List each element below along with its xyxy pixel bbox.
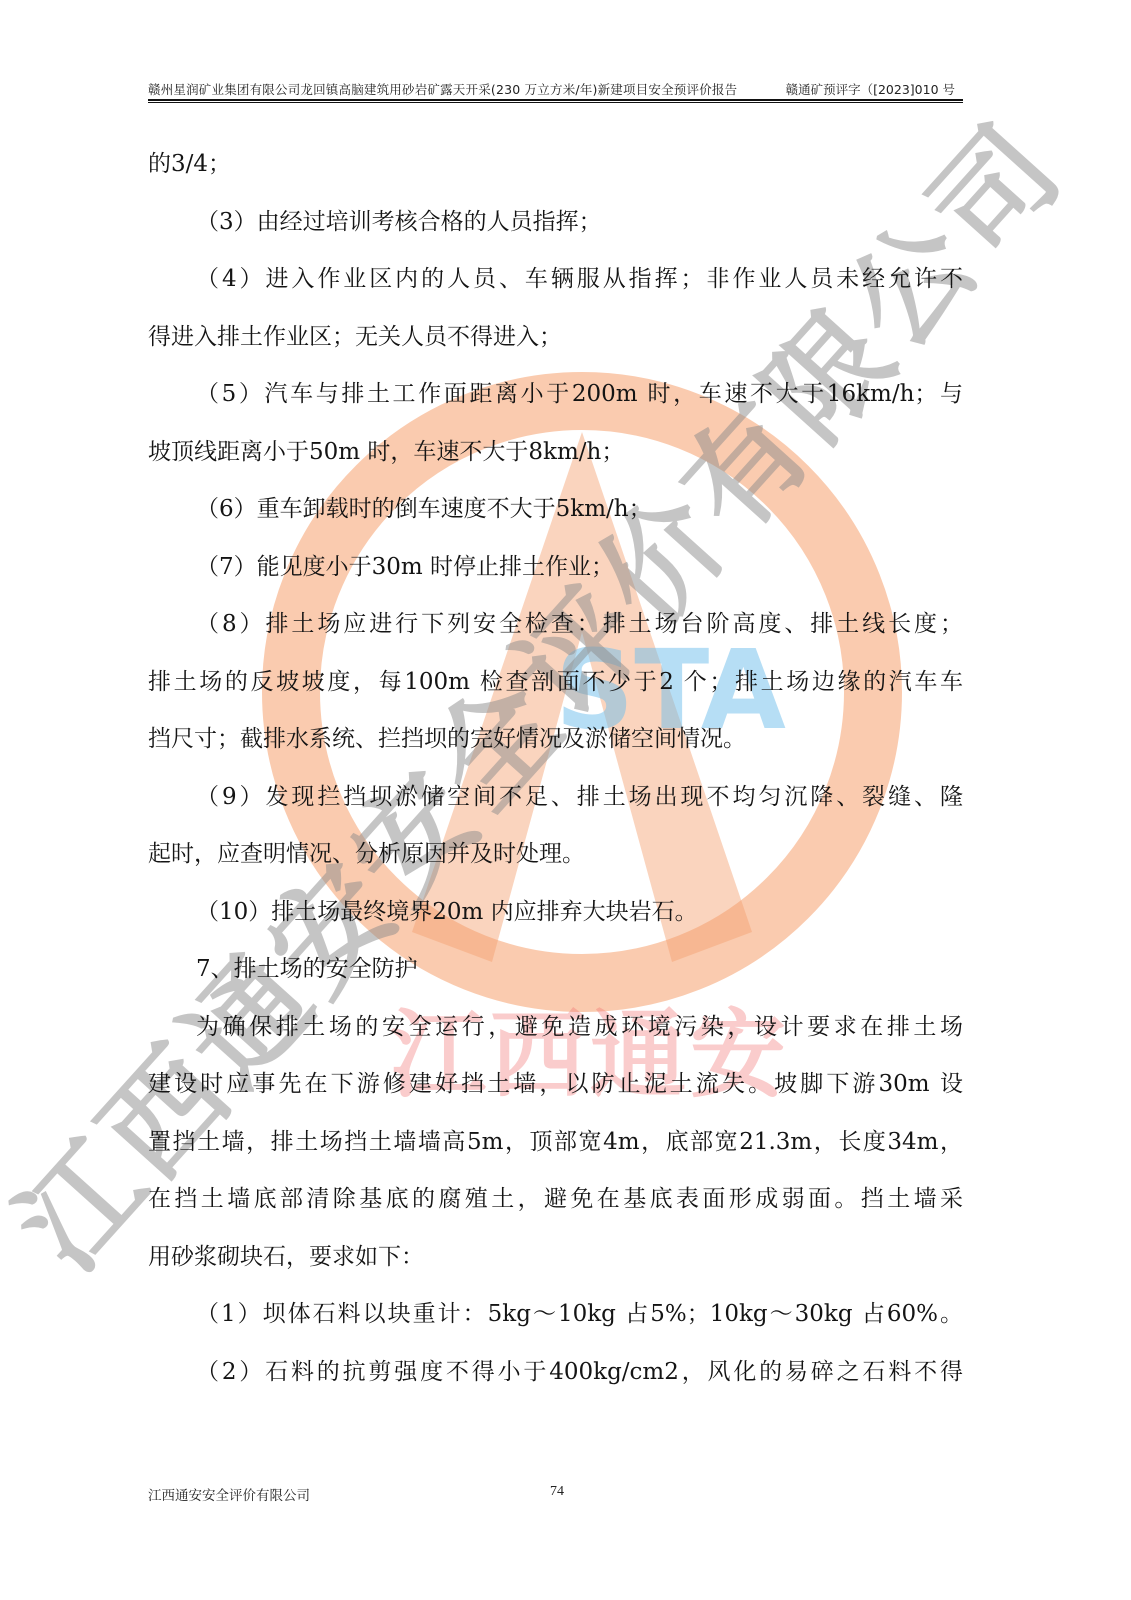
report-title: 赣州星润矿业集团有限公司龙回镇高脑建筑用砂岩矿露天开采(230 万立方米/年)新… (148, 80, 737, 98)
list-item-5: （5）汽车与排土工作面距离小于200m 时，车速不大于16km/h；与 (148, 366, 963, 424)
text-line: 排土场的反坡坡度，每100m 检查剖面不少于2 个；排土场边缘的汽车车 (148, 654, 963, 712)
body-text: 的3/4； （3）由经过培训考核合格的人员指挥； （4）进入作业区内的人员、车辆… (148, 136, 963, 1401)
paragraph-line: 为确保排土场的安全运行，避免造成环境污染，设计要求在排土场 (148, 999, 963, 1057)
list-item-9: （9）发现拦挡坝淤储空间不足、排土场出现不均匀沉降、裂缝、隆 (148, 769, 963, 827)
page-footer: 江西通安安全评价有限公司 74 (148, 1484, 963, 1506)
text-line: 的3/4； (148, 136, 963, 194)
header-divider (148, 99, 963, 103)
document-page: 赣州星润矿业集团有限公司龙回镇高脑建筑用砂岩矿露天开采(230 万立方米/年)新… (0, 0, 1131, 1600)
text-line: 挡尺寸；截排水系统、拦挡坝的完好情况及淤储空间情况。 (148, 711, 963, 769)
page-header: 赣州星润矿业集团有限公司龙回镇高脑建筑用砂岩矿露天开采(230 万立方米/年)新… (148, 78, 963, 100)
text-line: 起时，应查明情况、分析原因并及时处理。 (148, 826, 963, 884)
document-number: 赣通矿预评字（[2023]010 号 (786, 80, 955, 98)
list-item-4: （4）进入作业区内的人员、车辆服从指挥；非作业人员未经允许不 (148, 251, 963, 309)
requirement-item-2: （2）石料的抗剪强度不得小于400kg/cm2，风化的易碎之石料不得 (148, 1344, 963, 1402)
page-number: 74 (550, 1484, 564, 1500)
list-item-7: （7）能见度小于30m 时停止排土作业； (148, 539, 963, 597)
paragraph-line: 置挡土墙，排土场挡土墙墙高5m，顶部宽4m，底部宽21.3m，长度34m， (148, 1114, 963, 1172)
footer-company: 江西通安安全评价有限公司 (148, 1484, 310, 1504)
list-item-3: （3）由经过培训考核合格的人员指挥； (148, 194, 963, 252)
section-heading: 7、排土场的安全防护 (148, 941, 963, 999)
text-line: 得进入排土作业区；无关人员不得进入； (148, 309, 963, 367)
paragraph-line: 用砂浆砌块石，要求如下： (148, 1229, 963, 1287)
requirement-item-1: （1）坝体石料以块重计：5kg～10kg 占5%；10kg～30kg 占60%。 (148, 1286, 963, 1344)
list-item-6: （6）重车卸载时的倒车速度不大于5km/h； (148, 481, 963, 539)
paragraph-line: 建设时应事先在下游修建好挡土墙，以防止泥土流失。坡脚下游30m 设 (148, 1056, 963, 1114)
paragraph-line: 在挡土墙底部清除基底的腐殖土，避免在基底表面形成弱面。挡土墙采 (148, 1171, 963, 1229)
text-line: 坡顶线距离小于50m 时，车速不大于8km/h； (148, 424, 963, 482)
list-item-8: （8）排土场应进行下列安全检查：排土场台阶高度、排土线长度； (148, 596, 963, 654)
list-item-10: （10）排土场最终境界20m 内应排弃大块岩石。 (148, 884, 963, 942)
